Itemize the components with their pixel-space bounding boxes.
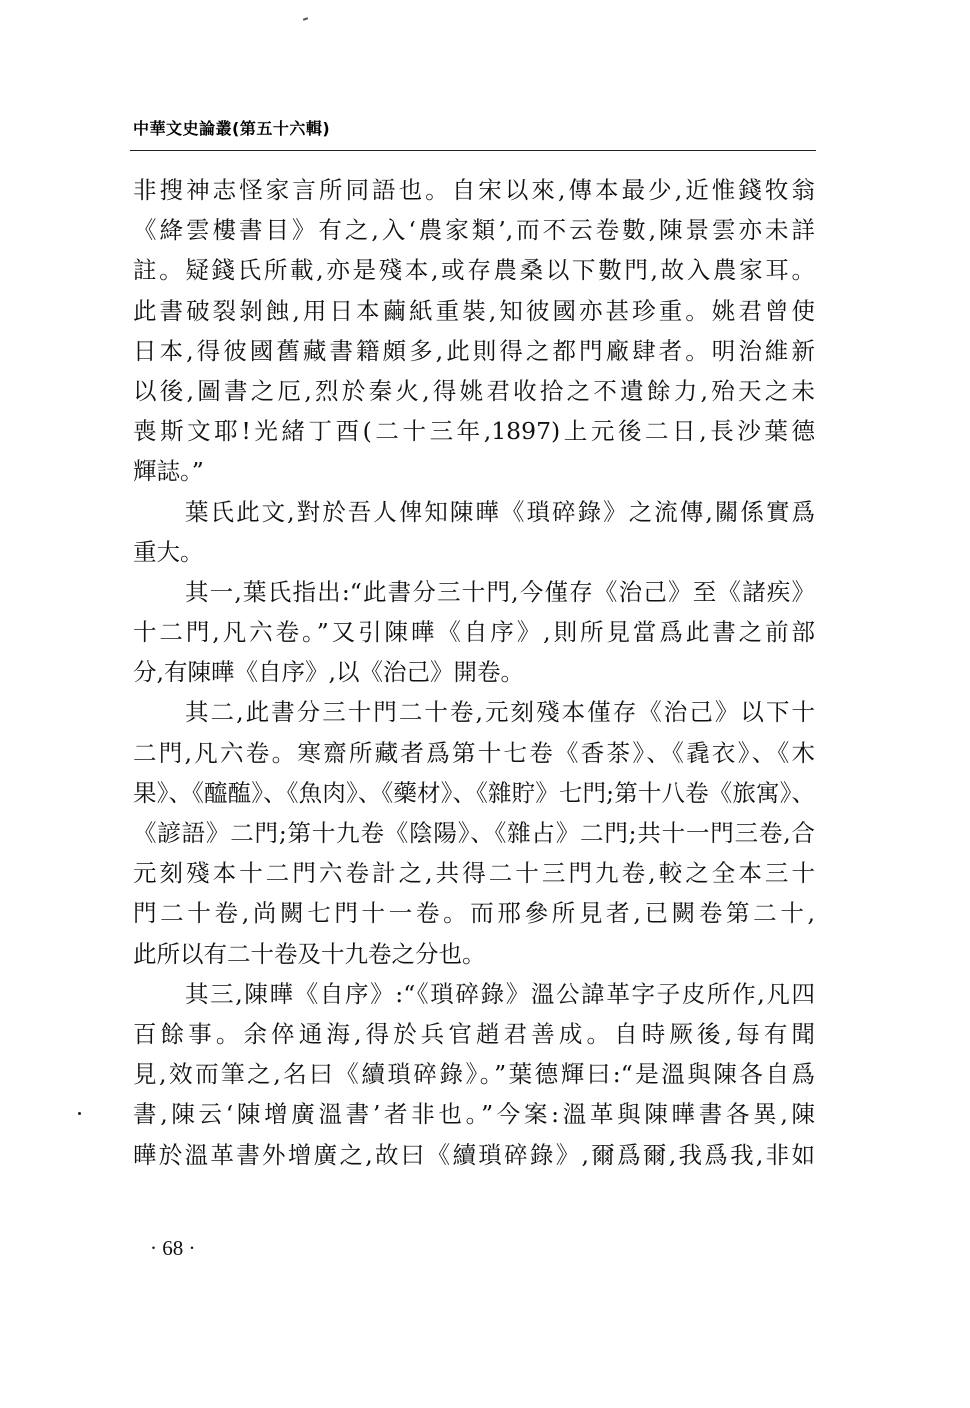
text-line: 見,效而筆之,名曰《續瑣碎錄》。”葉德輝曰:“是溫與陳各自爲 bbox=[133, 1054, 815, 1094]
running-head: 中華文史論叢(第五十六輯) bbox=[133, 116, 330, 139]
text-line: 其一,葉氏指出:“此書分三十門,今僅存《治己》至《諸疾》 bbox=[133, 572, 815, 612]
text-line: 《諺語》二門;第十九卷《陰陽》、《雜占》二門;共十一門三卷,合 bbox=[133, 813, 815, 853]
text-line: 二門,凡六卷。寒齋所藏者爲第十七卷《香茶》、《毳衣》、《木 bbox=[133, 733, 815, 773]
page-number: · 68 · bbox=[150, 1236, 196, 1261]
text-line: 以後,圖書之厄,烈於秦火,得姚君收拾之不遺餘力,殆天之未 bbox=[133, 371, 815, 411]
text-line: 其三,陳曄《自序》:“《瑣碎錄》溫公諱革字子皮所作,凡四 bbox=[133, 974, 815, 1014]
body-text: 非搜神志怪家言所同語也。自宋以來,傳本最少,近惟錢牧翁 《絳雲樓書目》有之,入‘… bbox=[133, 170, 815, 1175]
text-line: 《絳雲樓書目》有之,入‘農家類’,而不云卷數,陳景雲亦未詳 bbox=[133, 210, 815, 250]
text-line: 輝誌。” bbox=[133, 451, 815, 491]
text-line: 非搜神志怪家言所同語也。自宋以來,傳本最少,近惟錢牧翁 bbox=[133, 170, 815, 210]
text-line: 百餘事。余倅通海,得於兵官趙君善成。自時厥後,每有聞 bbox=[133, 1014, 815, 1054]
margin-dot bbox=[78, 1112, 81, 1115]
text-line: 十二門,凡六卷。”又引陳曄《自序》,則所見當爲此書之前部 bbox=[133, 612, 815, 652]
text-line: 此所以有二十卷及十九卷之分也。 bbox=[133, 934, 815, 974]
text-line: 門二十卷,尚闕七門十一卷。而邢參所見者,已闕卷第二十, bbox=[133, 893, 815, 933]
text-line: 喪斯文耶!光緒丁酉(二十三年,1897)上元後二日,長沙葉德 bbox=[133, 411, 815, 451]
scan-speck bbox=[303, 17, 308, 21]
text-line: 日本,得彼國舊藏書籍頗多,此則得之都門廠肆者。明治維新 bbox=[133, 331, 815, 371]
header-rule bbox=[130, 150, 816, 151]
text-line: 註。疑錢氏所載,亦是殘本,或存農桑以下數門,故入農家耳。 bbox=[133, 250, 815, 290]
text-line: 此書破裂剝蝕,用日本繭紙重裝,知彼國亦甚珍重。姚君曾使 bbox=[133, 291, 815, 331]
text-line: 元刻殘本十二門六卷計之,共得二十三門九卷,較之全本三十 bbox=[133, 853, 815, 893]
text-line: 重大。 bbox=[133, 532, 815, 572]
text-line: 葉氏此文,對於吾人俾知陳曄《瑣碎錄》之流傳,關係實爲 bbox=[133, 492, 815, 532]
text-line: 書,陳云‘陳增廣溫書’者非也。”今案:溫革與陳曄書各異,陳 bbox=[133, 1094, 815, 1134]
text-line: 其二,此書分三十門二十卷,元刻殘本僅存《治己》以下十 bbox=[133, 692, 815, 732]
text-line: 分,有陳曄《自序》,以《治己》開卷。 bbox=[133, 652, 815, 692]
text-line: 果》、《醯醢》、《魚肉》、《藥材》、《雜貯》七門;第十八卷《旅寓》、 bbox=[133, 773, 815, 813]
text-line: 曄於溫革書外增廣之,故曰《續瑣碎錄》,爾爲爾,我爲我,非如 bbox=[133, 1135, 815, 1175]
